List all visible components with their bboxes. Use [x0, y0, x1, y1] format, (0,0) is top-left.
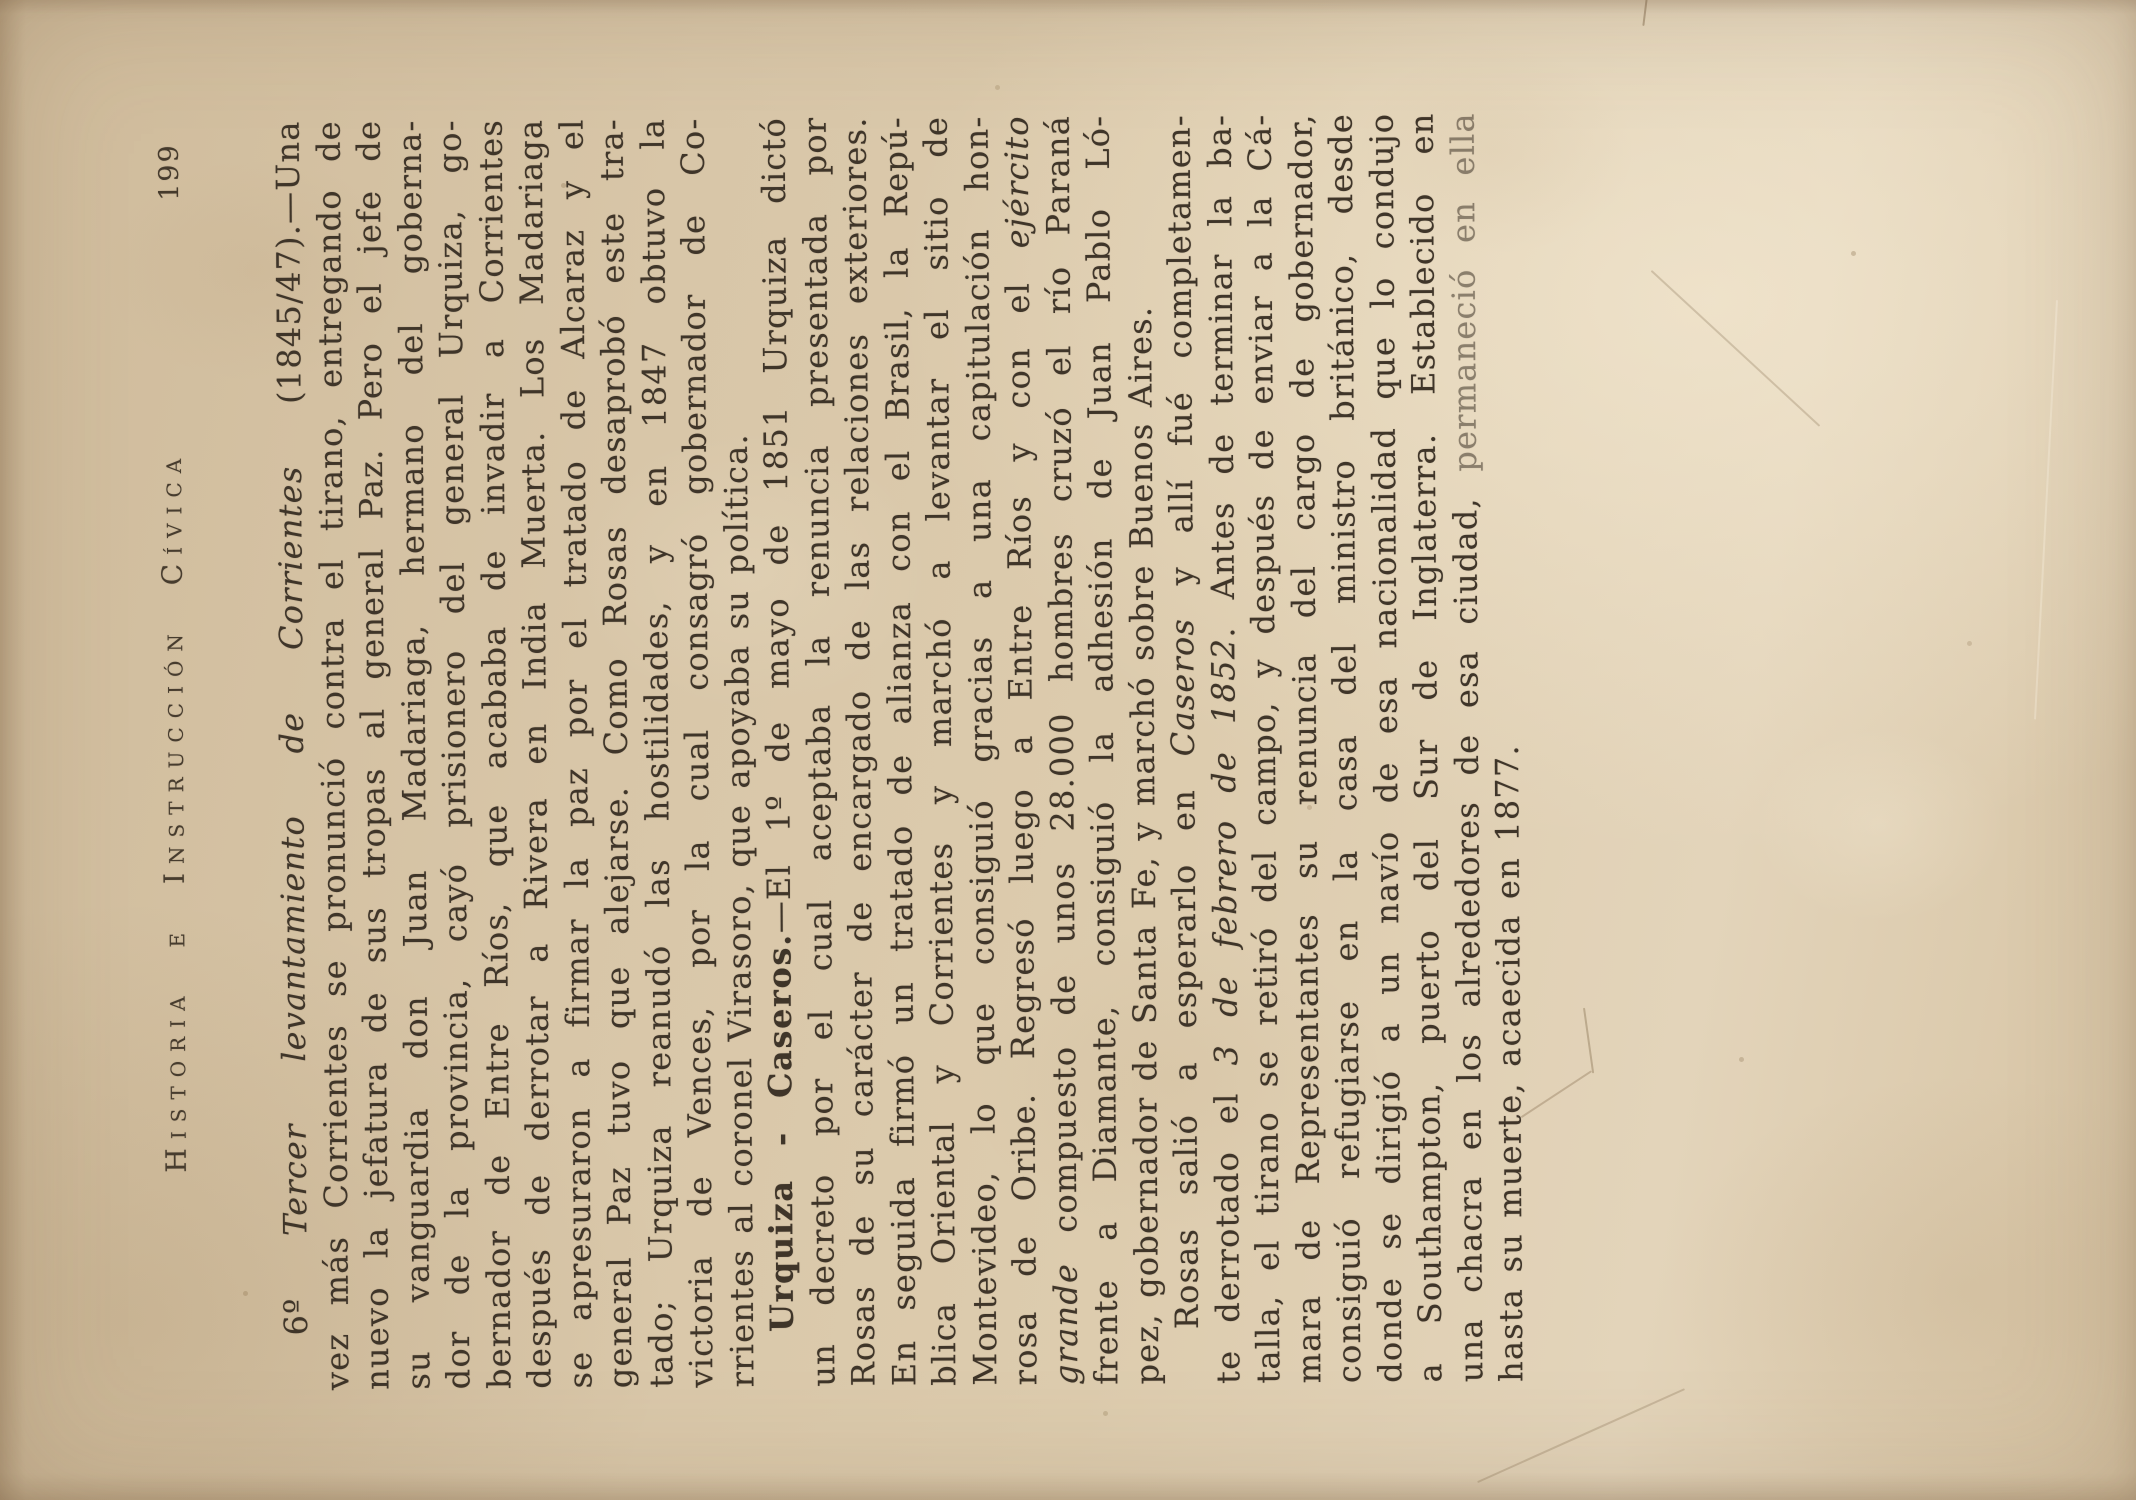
text-segment: se apresuraron a firmar la paz por el tr…	[552, 118, 599, 1388]
text-segment: Montevideo, lo que consiguió gracias a u…	[957, 115, 1004, 1385]
text-segment: 3 de febrero de 1852	[1204, 638, 1245, 1066]
text-segment: te derrotado el	[1207, 1065, 1247, 1384]
text-segment: nuevo la jefatura de sus tropas al gener…	[350, 120, 397, 1390]
body-text: 6º Tercer levantamiento de Corrientes (1…	[268, 112, 1532, 1391]
text-segment: grande	[1046, 1263, 1085, 1385]
text-segment: frente a Diamante, consiguió la adhesión…	[1079, 115, 1126, 1385]
text-segment: tado; Urquiza reanudó las hostilidades, …	[633, 118, 680, 1388]
text-segment: dor de la provincia, cayó prisionero del…	[431, 119, 478, 1389]
text-segment: —El 1º de mayo de 1851 Urquiza dictó	[755, 117, 799, 933]
text-segment: Rosas de su carácter de encargado de las…	[836, 116, 883, 1386]
text-segment: después de derrotar a Rivera en India Mu…	[512, 119, 559, 1389]
text-segment: rosa de Oribe. Regresó luego a Entre Río…	[998, 248, 1044, 1385]
text-segment: . Antes de terminar la ba-	[1200, 114, 1242, 638]
text-segment: blica Oriental y Corrientes y marchó a l…	[917, 116, 964, 1386]
scanned-book-page: Historia e Instrucción Cívica 199 6º Ter…	[0, 0, 2136, 1500]
text-segment: victoria de Vences, por la cual consagró…	[674, 117, 721, 1387]
book-page: Historia e Instrucción Cívica 199 6º Ter…	[0, 0, 2136, 1500]
text-segment: permaneció en ella	[1443, 112, 1484, 472]
text-segment: vez más Corrientes se pronunció contra e…	[309, 120, 356, 1390]
text-segment: (1845/47).—Una	[269, 120, 309, 465]
text-segment: pez, gobernador de Santa Fe, y marchó so…	[1120, 306, 1166, 1385]
page-content: Historia e Instrucción Cívica 199 6º Ter…	[0, 0, 1533, 1500]
page-header: Historia e Instrucción Cívica 199	[146, 121, 203, 1391]
text-segment: Rosas salió a esperarlo en	[1164, 756, 1206, 1329]
text-segment: y allí fué completamen-	[1160, 114, 1202, 618]
text-segment: una chacra en los alrededores de esa ciu…	[1446, 472, 1490, 1383]
text-segment: Caseros	[1163, 618, 1202, 757]
text-segment: general Paz tuvo que alejarse. Como Rosa…	[593, 118, 640, 1388]
text-segment: a Southampton, puerto del Sur de Inglate…	[1403, 112, 1450, 1382]
running-title: Historia e Instrucción Cívica	[146, 176, 203, 1446]
page-number: 199	[146, 143, 194, 201]
text-segment: compuesto de unos 28.000 hombres cruzó e…	[1038, 115, 1084, 1263]
text-line: hasta su muerte, acaecida en 1877.	[1483, 112, 1532, 1382]
section-heading: Urquiza - Caseros.	[760, 933, 801, 1332]
text-segment: mara de Representantes su renuncia del c…	[1281, 113, 1328, 1383]
paper-specks	[0, 0, 3, 3]
text-segment: bernador de Entre Ríos, que acababa de i…	[471, 119, 518, 1389]
text-segment: talla, el tirano se retiró del campo, y …	[1241, 114, 1288, 1384]
text-segment: rrientes al coronel Virasoro, que apoyab…	[716, 433, 761, 1387]
text-segment: su vanguardia don Juan Madariaga, herman…	[390, 119, 437, 1389]
text-segment: Tercer levantamiento de Corrientes	[271, 465, 314, 1236]
text-segment: hasta su muerte, acaecida en 1877.	[1488, 744, 1530, 1382]
text-segment: 6º	[276, 1236, 315, 1336]
text-segment: consiguió refugiarse en la casa del mini…	[1322, 113, 1369, 1383]
text-segment: ejército	[998, 115, 1037, 248]
